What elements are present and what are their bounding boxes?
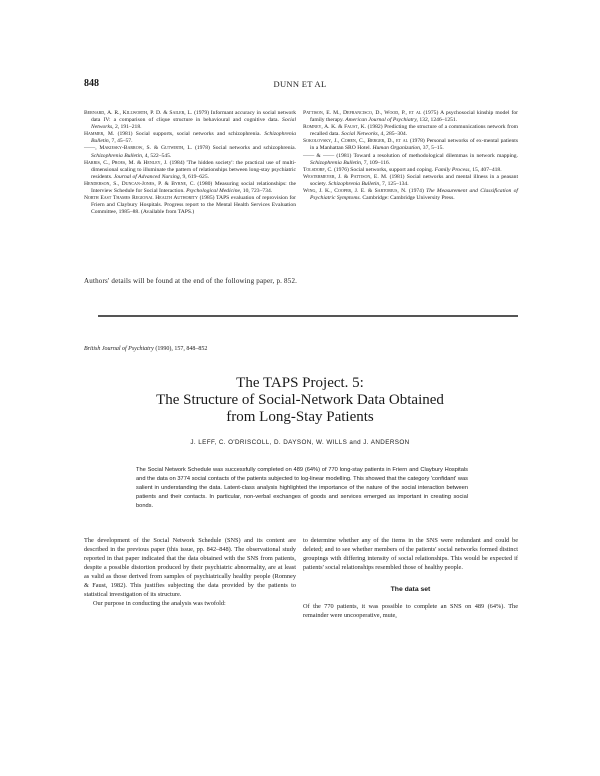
author-note: Authors' details will be found at the en… xyxy=(84,277,297,285)
reference-item: Henderson, S., Duncan-Jones, P. & Byrne,… xyxy=(84,181,296,195)
reference-item: Hammer, M. (1981) Social supports, socia… xyxy=(84,131,296,145)
reference-item: —— & —— (1981) Toward a resolution of me… xyxy=(303,153,518,167)
reference-item: Bernard, A. R., Killworth, P. D. & Saile… xyxy=(84,110,296,131)
section-heading: The data set xyxy=(303,585,518,594)
body-paragraph: The development of the Social Network Sc… xyxy=(84,536,296,599)
divider-gap xyxy=(84,315,98,317)
references-right-column: Pattison, E. M., Defrancisco, D., Wood, … xyxy=(303,110,518,202)
reference-item: Pattison, E. M., Defrancisco, D., Wood, … xyxy=(303,110,518,124)
body-paragraph: Of the 770 patients, it was possible to … xyxy=(303,602,518,620)
reference-item: Sokolovsky, J., Cohen, C., Berger, D., e… xyxy=(303,138,518,152)
reference-item: Tolsdorf, C. (1976) Social networks, sup… xyxy=(303,167,518,174)
article-title: The TAPS Project. 5: The Structure of So… xyxy=(0,375,600,426)
reference-item: Romney, A. K. & Faust, K. (1982) Predict… xyxy=(303,124,518,138)
references-left-column: Bernard, A. R., Killworth, P. D. & Saile… xyxy=(84,110,296,216)
journal-citation: British Journal of Psychiatry (1990), 15… xyxy=(84,346,207,352)
abstract: The Social Network Schedule was successf… xyxy=(136,466,468,511)
body-paragraph: to determine whether any of the items in… xyxy=(303,536,518,572)
body-right-column: to determine whether any of the items in… xyxy=(303,536,518,620)
reference-item: Harris, C., Proes, M. & Henley, J. (1984… xyxy=(84,160,296,181)
section-divider xyxy=(84,315,518,317)
reference-item: ——, Makiesky-Barrow, S. & Gutwirth, L. (… xyxy=(84,145,296,159)
reference-item: North East Thames Regional Health Author… xyxy=(84,195,296,216)
reference-item: Wing, J. K., Cooper, J. E. & Sartorius, … xyxy=(303,188,518,202)
body-left-column: The development of the Social Network Sc… xyxy=(84,536,296,608)
reference-item: Westermeyer, J. & Pattison, E. M. (1981)… xyxy=(303,174,518,188)
article-authors: J. LEFF, C. O'DRISCOLL, D. DAYSON, W. WI… xyxy=(0,439,600,446)
running-head: DUNN ET AL xyxy=(0,79,600,89)
body-paragraph: Our purpose in conducting the analysis w… xyxy=(84,599,296,608)
